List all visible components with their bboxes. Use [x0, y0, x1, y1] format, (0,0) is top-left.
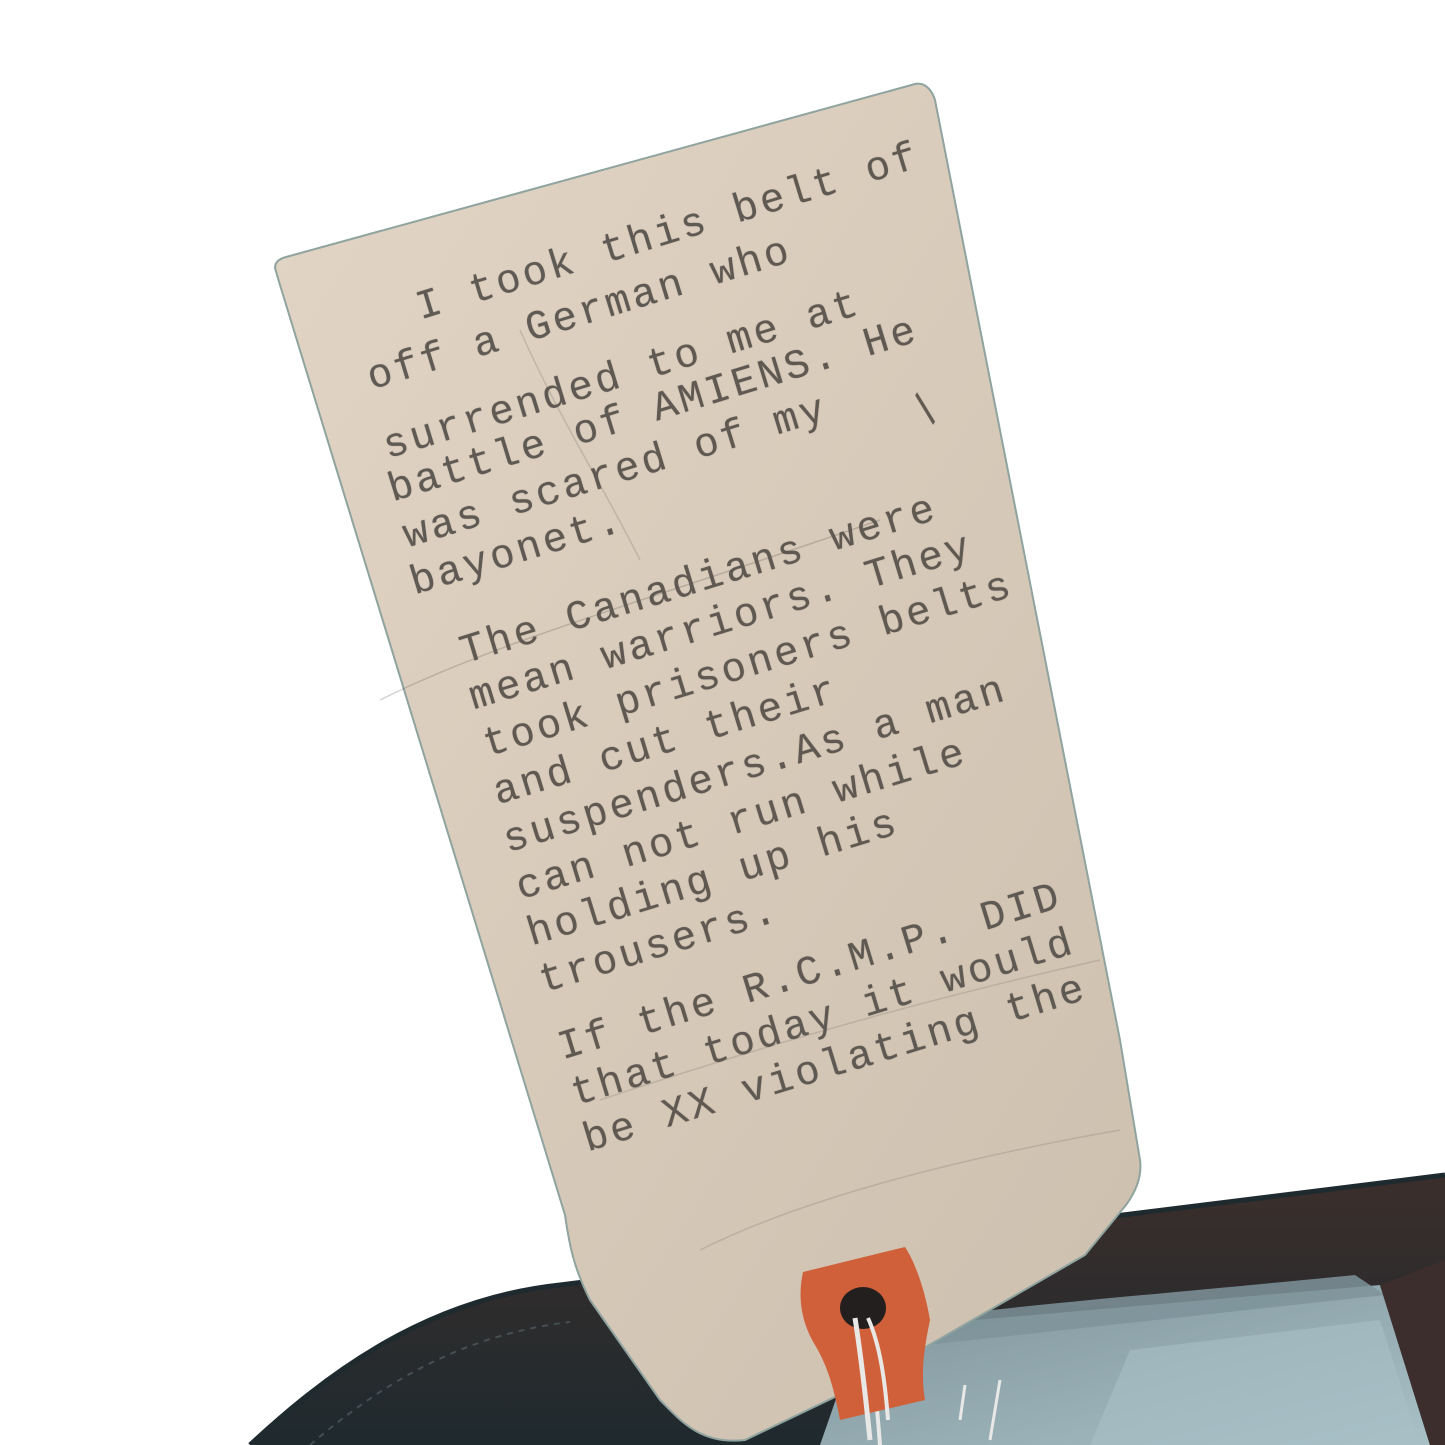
photo-scene: I took this belt of off a German who sur… — [0, 0, 1445, 1445]
tag-and-belt-illustration — [0, 0, 1445, 1445]
eyelet-hole — [840, 1287, 886, 1329]
paper-tag — [275, 84, 1140, 1441]
